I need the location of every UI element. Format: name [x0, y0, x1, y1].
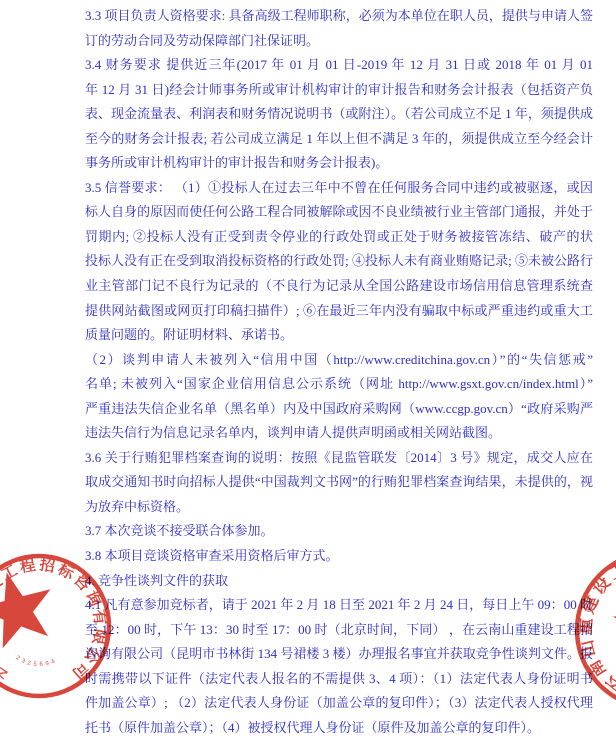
paragraph-3.5-2: （2）谈判申请人未被列入“信用中国（http://www.creditchina…	[85, 348, 593, 446]
text-line: 3.8 本项目竞谈资格审查采用资格后审方式。	[85, 544, 593, 569]
text-line: 3.4 财务要求 提供近三年(2017 年 01 月 01 日-2019 年 1…	[85, 53, 593, 78]
paragraph-4.1: 4.1 凡有意参加竞标者，请于 2021 年 2 月 18 日至 2021 年 …	[85, 593, 593, 740]
paragraph-3.4: 3.4 财务要求 提供近三年(2017 年 01 月 01 日-2019 年 1…	[85, 53, 593, 176]
text-line: 名单; 未被列入“国家企业信用信息公示系统（网址 http://www.gsxt…	[85, 372, 593, 397]
text-line: 取成交通知书时向招标人提供“中国裁判文书网”的行贿犯罪档案查询结果，未提供的，视	[85, 470, 593, 495]
text-line: 业主管部门记不良行为记录的（不良行为记录从全国公路建设市场信用信息管理系统查询，	[85, 274, 593, 299]
paragraph-3.8: 3.8 本项目竞谈资格审查采用资格后审方式。	[85, 544, 593, 569]
paragraph-3.6: 3.6 关于行贿犯罪档案查询的说明：按照《昆监管联发〔2014〕3 号》规定，成…	[85, 446, 593, 520]
svg-text:2325694: 2325694	[15, 655, 59, 668]
text-line: 至今的财务会计报表; 若公司成立满足 1 年以上但不满足 3 年的，须提供成立至…	[85, 127, 593, 152]
text-line: 标人自身的原因而使任何公路工程合同被解除或因不良业绩被行业主管部门通报，并处于处	[85, 200, 593, 225]
text-line: 严重违法失信企业名单（黑名单）内及中国政府采购网（www.ccgp.gov.cn…	[85, 397, 593, 422]
paragraph-4: 4. 竞争性谈判文件的获取	[85, 569, 593, 594]
paragraph-3.5: 3.5 信誉要求： （1）①投标人在过去三年中不曾在任何服务合同中违约或被驱逐，…	[85, 176, 593, 348]
text-line: 年 12 月 31 日)经会计师事务所或审计机构审计的审计报告和财务会计报表（包…	[85, 78, 593, 103]
text-line: 表、现金流量表、利润表和财务情况说明书（或附注）。（若公司成立不足 1 年，须提…	[85, 102, 593, 127]
text-line: 事务所或审计机构审计的审计报告和财务会计报表)。	[85, 151, 593, 176]
text-line: 订的劳动合同及劳动保障部门社保证明。	[85, 29, 593, 54]
seal-serial-text: 2325694	[15, 655, 59, 668]
text-line: 托书（原件加盖公章）；（4）被授权代理人身份证（原件及加盖公章的复印件）。	[85, 716, 593, 741]
text-line: 3.7 本次竞谈不接受联合体参加。	[85, 519, 593, 544]
text-line: 质量问题的。附证明材料、承诺书。	[85, 323, 593, 348]
text-line: 投标人没有正在受到取消投标资格的行政处罚; ④投标人未有商业贿赂记录; ⑤未被公…	[85, 249, 593, 274]
text-line: 4.1 凡有意参加竞标者，请于 2021 年 2 月 18 日至 2021 年 …	[85, 593, 593, 618]
text-line: 3.5 信誉要求： （1）①投标人在过去三年中不曾在任何服务合同中违约或被驱逐，…	[85, 176, 593, 201]
text-line: 至 12：00 时，下午 13：30 时至 17：00 时（北京时间，下同） ，…	[85, 618, 593, 643]
star-icon	[0, 563, 62, 653]
text-line: 4. 竞争性谈判文件的获取	[85, 569, 593, 594]
text-line: 件加盖公章）; （2）法定代表人身份证（加盖公章的复印件）；（3）法定代表人授权…	[85, 691, 593, 716]
text-line: 3.3 项目负责人资格要求: 具备高级工程师职称，必须为本单位在职人员，提供与申…	[85, 4, 593, 29]
text-line: 违法失信行为信息记录名单内，谈判申请人提供声明函或相关网站截图。	[85, 421, 593, 446]
text-line: 罚期内; ②投标人没有正受到责令停业的行政处罚或正处于财务被接管冻结、破产的状态…	[85, 225, 593, 250]
text-line: 时需携带以下证件（法定代表人报名的不需提供 3、4 项）：（1）法定代表人身份证…	[85, 667, 593, 692]
text-line: 咨询有限公司（昆明市书林街 134 号裙楼 3 楼）办理报名事宜并获取竞争性谈判…	[85, 642, 593, 667]
paragraph-3.7: 3.7 本次竞谈不接受联合体参加。	[85, 519, 593, 544]
paragraph-3.3: 3.3 项目负责人资格要求: 具备高级工程师职称，必须为本单位在职人员，提供与申…	[85, 4, 593, 53]
text-line: 为放弃中标资格。	[85, 495, 593, 520]
text-line: （2）谈判申请人未被列入“信用中国（http://www.creditchina…	[85, 348, 593, 373]
text-line: 提供网站截图或网页打印稿扫描件）; ⑥在最近三年内没有骗取中标或严重违约或重大工…	[85, 299, 593, 324]
document-text: 3.3 项目负责人资格要求: 具备高级工程师职称，必须为本单位在职人员，提供与申…	[85, 4, 593, 740]
document-page: 3.3 项目负责人资格要求: 具备高级工程师职称，必须为本单位在职人员，提供与申…	[0, 0, 616, 747]
text-line: 3.6 关于行贿犯罪档案查询的说明：按照《昆监管联发〔2014〕3 号》规定，成…	[85, 446, 593, 471]
